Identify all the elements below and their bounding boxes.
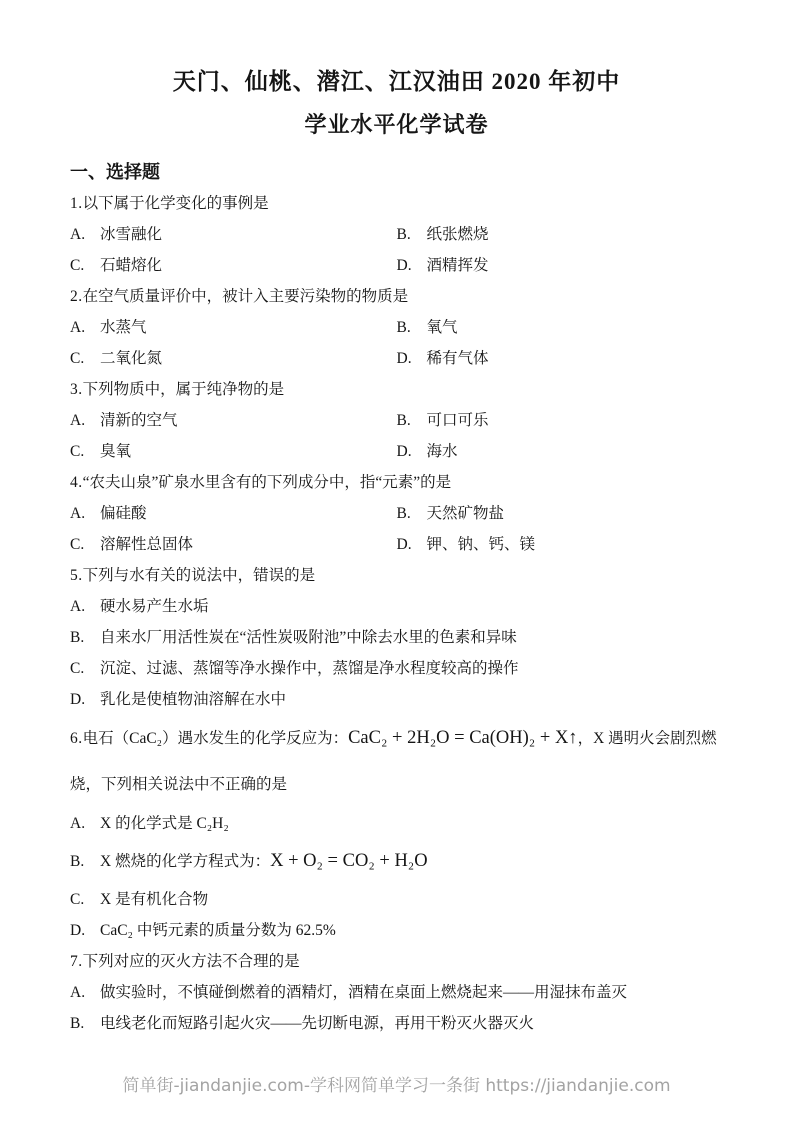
chemical-equation: CaC₂ + 2H₂O = Ca(OH)₂ + X↑ [348, 728, 577, 748]
options: A.做实验时，不慎碰倒燃着的酒精灯，酒精在桌面上燃烧起来——用湿抹布盖灭B.电线… [70, 977, 723, 1039]
section-heading: 一、选择题 [70, 156, 723, 188]
option-text: 天然矿物盐 [427, 505, 505, 522]
option-C: C.X 是有机化合物 [70, 884, 723, 915]
option-label: C. [70, 529, 100, 560]
stem-text: “农夫山泉”矿泉水里含有的下列成分中，指“元素”的是 [83, 474, 452, 491]
option-D: D.乳化是使植物油溶解在水中 [70, 684, 723, 715]
option-text: 水蒸气 [100, 319, 147, 336]
option-D: D.CaC₂ 中钙元素的质量分数为 62.5% [70, 915, 723, 946]
question-number: 7. [70, 953, 83, 970]
option-text: 乳化是使植物油溶解在水中 [100, 691, 286, 708]
option-label: D. [397, 250, 427, 281]
option-label: D. [70, 915, 100, 946]
option-C: C.石蜡熔化 [70, 250, 397, 281]
option-text: 二氧化氮 [100, 350, 162, 367]
option-label: B. [397, 405, 427, 436]
option-text: 纸张燃烧 [427, 226, 489, 243]
exam-title-line2: 学业水平化学试卷 [70, 103, 723, 146]
option-A: A.偏硅酸 [70, 498, 397, 529]
option-text: 硬水易产生水垢 [100, 598, 209, 615]
option-D: D.钾、钠、钙、镁 [397, 529, 724, 560]
option-label: B. [70, 1008, 100, 1039]
option-text: 酒精挥发 [427, 257, 489, 274]
option-label: A. [70, 219, 100, 250]
option-label: D. [397, 529, 427, 560]
question-7: 7.下列对应的灭火方法不合理的是A.做实验时，不慎碰倒燃着的酒精灯，酒精在桌面上… [70, 946, 723, 1039]
question-stem: 4.“农夫山泉”矿泉水里含有的下列成分中，指“元素”的是 [70, 467, 723, 498]
option-label: B. [397, 312, 427, 343]
option-label: D. [397, 436, 427, 467]
options: A.水蒸气B.氧气C.二氧化氮D.稀有气体 [70, 312, 723, 374]
option-B: B.天然矿物盐 [397, 498, 724, 529]
option-label: B. [397, 498, 427, 529]
option-text: 沉淀、过滤、蒸馏等净水操作中，蒸馏是净水程度较高的操作 [100, 660, 519, 677]
question-number: 5. [70, 567, 83, 584]
option-label: B. [70, 622, 100, 653]
option-label: A. [70, 312, 100, 343]
option-A: A.X 的化学式是 C₂H₂ [70, 808, 723, 839]
options: A.清新的空气B.可口可乐C.臭氧D.海水 [70, 405, 723, 467]
option-B: B.可口可乐 [397, 405, 724, 436]
option-label: C. [70, 884, 100, 915]
options: A.X 的化学式是 C₂H₂B.X 燃烧的化学方程式为：X + O₂ = CO₂… [70, 808, 723, 946]
option-label: A. [70, 977, 100, 1008]
option-text: 海水 [427, 443, 458, 460]
option-text: X 燃烧的化学方程式为： [100, 853, 270, 870]
option-A: A.硬水易产生水垢 [70, 591, 723, 622]
exam-title-line1: 天门、仙桃、潜江、江汉油田 2020 年初中 [70, 60, 723, 103]
option-text: 做实验时，不慎碰倒燃着的酒精灯，酒精在桌面上燃烧起来——用湿抹布盖灭 [100, 984, 627, 1001]
option-text: 冰雪融化 [100, 226, 162, 243]
stem-text: 在空气质量评价中，被计入主要污染物的物质是 [83, 288, 409, 305]
question-stem: 2.在空气质量评价中，被计入主要污染物的物质是 [70, 281, 723, 312]
option-label: C. [70, 436, 100, 467]
option-D: D.稀有气体 [397, 343, 724, 374]
option-D: D.酒精挥发 [397, 250, 724, 281]
option-text: 石蜡熔化 [100, 257, 162, 274]
stem-text: 电石（CaC₂）遇水发生的化学反应为： [83, 730, 348, 747]
option-B: B.纸张燃烧 [397, 219, 724, 250]
option-C: C.臭氧 [70, 436, 397, 467]
question-2: 2.在空气质量评价中，被计入主要污染物的物质是A.水蒸气B.氧气C.二氧化氮D.… [70, 281, 723, 374]
footer-watermark: 简单街-jiandanjie.com-学科网简单学习一条街 https://ji… [0, 1071, 793, 1096]
option-C: C.二氧化氮 [70, 343, 397, 374]
option-label: A. [70, 405, 100, 436]
options: A.偏硅酸B.天然矿物盐C.溶解性总固体D.钾、钠、钙、镁 [70, 498, 723, 560]
option-B: B.氧气 [397, 312, 724, 343]
option-text: 电线老化而短路引起火灾——先切断电源，再用干粉灭火器灭火 [100, 1015, 534, 1032]
question-3: 3.下列物质中，属于纯净物的是A.清新的空气B.可口可乐C.臭氧D.海水 [70, 374, 723, 467]
option-D: D.海水 [397, 436, 724, 467]
exam-page: 天门、仙桃、潜江、江汉油田 2020 年初中 学业水平化学试卷 一、选择题 1.… [0, 0, 793, 1122]
option-label: D. [397, 343, 427, 374]
option-label: C. [70, 653, 100, 684]
question-1: 1.以下属于化学变化的事例是A.冰雪融化B.纸张燃烧C.石蜡熔化D.酒精挥发 [70, 188, 723, 281]
option-text: 氧气 [427, 319, 458, 336]
question-5: 5.下列与水有关的说法中，错误的是A.硬水易产生水垢B.自来水厂用活性炭在“活性… [70, 560, 723, 715]
option-B: B.自来水厂用活性炭在“活性炭吸附池”中除去水里的色素和异味 [70, 622, 723, 653]
question-stem: 7.下列对应的灭火方法不合理的是 [70, 946, 723, 977]
question-number: 4. [70, 474, 83, 491]
question-number: 1. [70, 195, 83, 212]
option-A: A.清新的空气 [70, 405, 397, 436]
option-text: 钾、钠、钙、镁 [427, 536, 536, 553]
question-number: 2. [70, 288, 83, 305]
option-text: X 是有机化合物 [100, 891, 208, 908]
option-label: B. [70, 840, 100, 884]
option-text: 偏硅酸 [100, 505, 147, 522]
option-text: 自来水厂用活性炭在“活性炭吸附池”中除去水里的色素和异味 [100, 629, 517, 646]
option-text: 稀有气体 [427, 350, 489, 367]
option-text: 可口可乐 [427, 412, 489, 429]
option-text: CaC₂ 中钙元素的质量分数为 62.5% [100, 922, 336, 939]
option-label: A. [70, 591, 100, 622]
question-4: 4.“农夫山泉”矿泉水里含有的下列成分中，指“元素”的是A.偏硅酸B.天然矿物盐… [70, 467, 723, 560]
option-text: 臭氧 [100, 443, 131, 460]
option-text: X 的化学式是 C₂H₂ [100, 815, 229, 832]
option-label: C. [70, 343, 100, 374]
option-A: A.冰雪融化 [70, 219, 397, 250]
option-text: 清新的空气 [100, 412, 178, 429]
option-label: A. [70, 808, 100, 839]
option-label: C. [70, 250, 100, 281]
option-text: 溶解性总固体 [100, 536, 193, 553]
exam-content: 天门、仙桃、潜江、江汉油田 2020 年初中 学业水平化学试卷 一、选择题 1.… [0, 0, 793, 1039]
option-A: A.水蒸气 [70, 312, 397, 343]
option-B: B.X 燃烧的化学方程式为：X + O₂ = CO₂ + H₂O [70, 839, 723, 884]
options: A.冰雪融化B.纸张燃烧C.石蜡熔化D.酒精挥发 [70, 219, 723, 281]
question-stem: 5.下列与水有关的说法中，错误的是 [70, 560, 723, 591]
question-list: 1.以下属于化学变化的事例是A.冰雪融化B.纸张燃烧C.石蜡熔化D.酒精挥发2.… [70, 188, 723, 1039]
options: A.硬水易产生水垢B.自来水厂用活性炭在“活性炭吸附池”中除去水里的色素和异味C… [70, 591, 723, 715]
option-label: A. [70, 498, 100, 529]
stem-text: 下列对应的灭火方法不合理的是 [83, 953, 300, 970]
stem-text: 下列物质中，属于纯净物的是 [83, 381, 285, 398]
stem-text: 下列与水有关的说法中，错误的是 [83, 567, 316, 584]
option-B: B.电线老化而短路引起火灾——先切断电源，再用干粉灭火器灭火 [70, 1008, 723, 1039]
stem-text: 以下属于化学变化的事例是 [83, 195, 269, 212]
question-stem: 6.电石（CaC₂）遇水发生的化学反应为：CaC₂ + 2H₂O = Ca(OH… [70, 715, 723, 808]
option-C: C.沉淀、过滤、蒸馏等净水操作中，蒸馏是净水程度较高的操作 [70, 653, 723, 684]
option-label: D. [70, 684, 100, 715]
option-label: B. [397, 219, 427, 250]
question-number: 6. [70, 730, 83, 747]
option-A: A.做实验时，不慎碰倒燃着的酒精灯，酒精在桌面上燃烧起来——用湿抹布盖灭 [70, 977, 723, 1008]
question-6: 6.电石（CaC₂）遇水发生的化学反应为：CaC₂ + 2H₂O = Ca(OH… [70, 715, 723, 946]
question-stem: 1.以下属于化学变化的事例是 [70, 188, 723, 219]
chemical-equation: X + O₂ = CO₂ + H₂O [270, 851, 428, 871]
option-C: C.溶解性总固体 [70, 529, 397, 560]
question-number: 3. [70, 381, 83, 398]
question-stem: 3.下列物质中，属于纯净物的是 [70, 374, 723, 405]
